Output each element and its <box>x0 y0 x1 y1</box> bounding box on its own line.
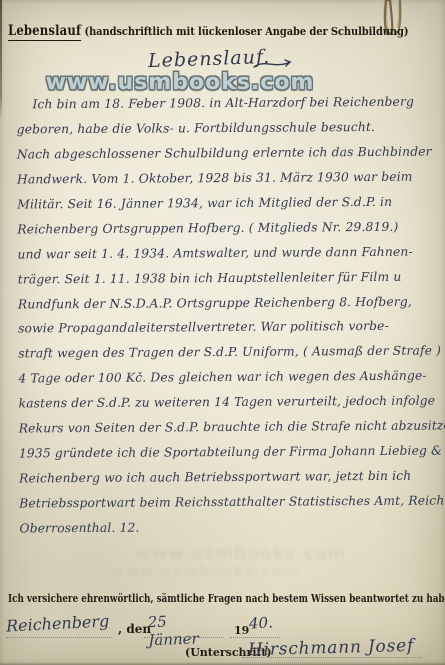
photo-edge-left <box>0 0 2 120</box>
body-line: Oberrosenthal. 12. <box>19 518 440 546</box>
date-row: Reichenberg , den 25 Jänner 19 40. <box>6 612 436 640</box>
body-line: Handwerk. Vom 1. Oktober, 1928 bis 31. M… <box>17 169 438 197</box>
body-line: 4 Tage oder 100 Kč. Des gleichen war ich… <box>18 369 439 397</box>
body-line: Militär. Seit 16. Jänner 1934, war ich M… <box>17 194 438 222</box>
body-line: Reichenberg wo ich auch Betriebssportwar… <box>19 469 440 497</box>
faint-watermark: www.usmbooks.com <box>111 562 299 580</box>
body-line: sowie Propagandaleiterstellvertreter. Wa… <box>18 319 439 347</box>
body-line: Ich bin am 18. Feber 1908. in Alt-Harzdo… <box>16 95 437 123</box>
attestation-line: Ich versichere ehrenwörtlich, sämtliche … <box>8 592 445 605</box>
body-line: Nach abgeschlossener Schulbildung erlern… <box>17 144 438 172</box>
faint-watermark: www.usmbooks.com <box>135 544 346 564</box>
body-line: Betriebssportwart beim Reichsstatthalter… <box>19 494 440 522</box>
body-line: kastens der S.d.P. zu weiteren 14 Tagen … <box>19 394 440 422</box>
body-line: Rekurs von Seiten der S.d.P. brauchte ic… <box>19 419 440 447</box>
document-photo: Lebenslauf (handschriftlich mit lückenlo… <box>0 0 445 665</box>
handwritten-year: 40. <box>249 613 274 632</box>
signature-row: (Unterschrift) Hirschmann Josef <box>0 638 445 662</box>
body-line: träger. Seit 1. 11. 1938 bin ich Hauptst… <box>18 269 439 297</box>
den-label: , den <box>118 622 151 636</box>
usmbooks-watermark: www.usmbooks.com <box>46 70 315 95</box>
year-prefix: 19 <box>234 624 249 637</box>
body-line: Rundfunk der N.S.D.A.P. Ortsgruppe Reich… <box>18 294 439 322</box>
body-line: straft wegen des Tragen der S.d.P. Unifo… <box>18 344 439 372</box>
printed-header: Lebenslauf (handschriftlich mit lückenlo… <box>8 20 408 39</box>
handwritten-place: Reichenberg <box>6 611 109 635</box>
body-line: 1935 gründete ich die Sportabteilung der… <box>19 444 440 472</box>
handwritten-body: Ich bin am 18. Feber 1908. in Alt-Harzdo… <box>16 95 440 547</box>
form-title: Lebenslauf <box>8 23 81 41</box>
body-line: Reichenberg Ortsgruppen Hofberg. ( Mitgl… <box>17 219 438 247</box>
signature-underline <box>242 657 422 658</box>
form-subtitle: (handschriftlich mit lückenloser Angabe … <box>81 24 408 38</box>
body-line: und war seit 1. 4. 1934. Amtswalter, und… <box>17 244 438 272</box>
body-line: geboren, habe die Volks- u. Fortbildungs… <box>17 119 438 147</box>
